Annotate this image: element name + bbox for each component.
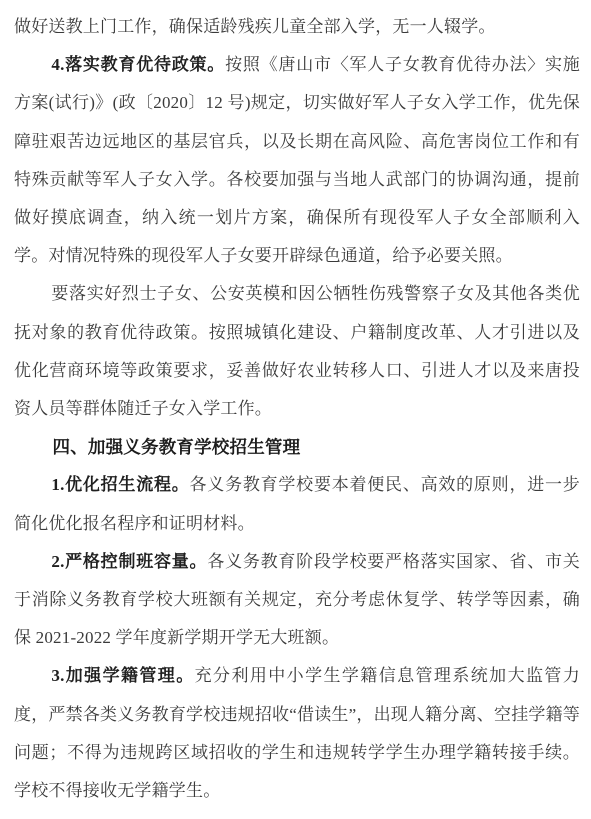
document-page: 做好送教上门工作，确保适龄残疾儿童全部入学，无一人辍学。 4.落实教育优待政策。… [0, 0, 591, 819]
paragraph-student-status-management: 3.加强学籍管理。充分利用中小学生学籍信息管理系统加大监管力度，严禁各类义务教育… [14, 657, 580, 810]
paragraph-text: 充分利用中小学生学籍信息管理系统加大监管力度，严禁各类义务教育学校违规招收“借读… [14, 666, 580, 800]
section-heading-text: 四、加强义务教育学校招生管理 [53, 437, 301, 457]
paragraph-lead: 4.落实教育优待政策。 [51, 55, 225, 74]
paragraph-control-class-size: 2.严格控制班容量。各义务教育阶段学校要严格落实国家、省、市关于消除义务教育学校… [14, 543, 580, 658]
paragraph-martyrs-children-policy: 要落实好烈士子女、公安英模和因公牺牲伤残警察子女及其他各类优抚对象的教育优待政策… [14, 275, 580, 428]
paragraph-continuation: 做好送教上门工作，确保适龄残疾儿童全部入学，无一人辍学。 [14, 8, 580, 46]
paragraph-lead: 3.加强学籍管理。 [51, 666, 194, 685]
paragraph-text: 按照《唐山市〈军人子女教育优待办法〉实施方案(试行)》(政〔2020〕12 号)… [14, 55, 580, 265]
paragraph-optimize-enrollment-process: 1.优化招生流程。各义务教育学校要本着便民、高效的原则，进一步简化优化报名程序和… [14, 466, 580, 542]
paragraph-lead: 1.优化招生流程。 [51, 475, 189, 494]
paragraph-text: 做好送教上门工作，确保适龄残疾儿童全部入学，无一人辍学。 [14, 17, 496, 36]
paragraph-lead: 2.严格控制班容量。 [51, 552, 207, 571]
paragraph-education-preferential-policy: 4.落实教育优待政策。按照《唐山市〈军人子女教育优待办法〉实施方案(试行)》(政… [14, 46, 580, 275]
paragraph-text: 要落实好烈士子女、公安英模和因公牺牲伤残警察子女及其他各类优抚对象的教育优待政策… [14, 284, 580, 418]
section-heading-enrollment-management: 四、加强义务教育学校招生管理 [14, 428, 580, 466]
